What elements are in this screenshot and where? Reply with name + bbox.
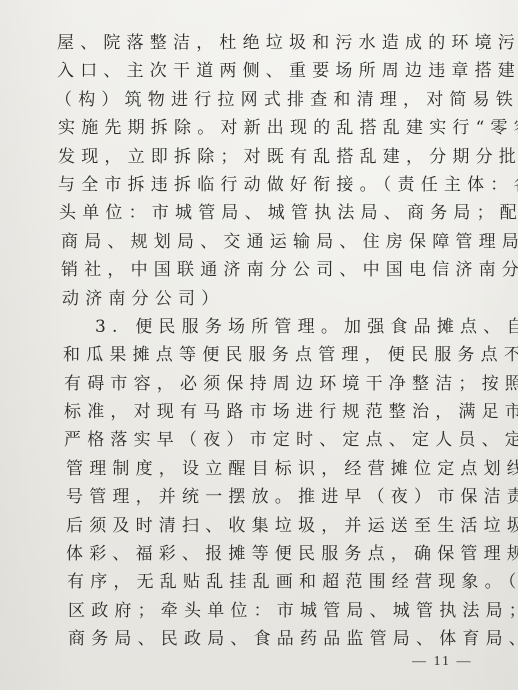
line-text: 发现，立即拆除；对既有乱搭乱建，分期分批限期拆除，并 <box>58 147 518 167</box>
text-line-22: 商务局、民政局、食品药品监管局、体育局、公安局，济南 <box>0 625 518 653</box>
page-number: — 11 — <box>412 654 472 670</box>
line-text: 管理制度，设立醒目标识，经营摊位定点划线，实行统一编 <box>66 459 518 479</box>
line-text: 体彩、福彩、报摊等便民服务点，确保管理规范、摊位整洁 <box>66 544 518 564</box>
line-text: 有碍市容，必须保持周边环境干净整洁；按照临时便民市场 <box>64 374 518 394</box>
line-text: 商务局、民政局、食品药品监管局、体育局、公安局，济南 <box>68 629 518 649</box>
text-line-9: 销社，中国联通济南分公司、中国电信济南分公司、中国移 <box>0 256 518 284</box>
text-line-6: 与全市拆违拆临行动做好衔接。（责任主体：各区政府；牵 <box>0 171 518 199</box>
text-line-16: 管理制度，设立醒目标识，经营摊位定点划线，实行统一编 <box>0 455 518 483</box>
text-line-10: 动济南分公司） <box>0 285 518 313</box>
line-text: 动济南分公司） <box>62 289 224 309</box>
line-text: 实施先期拆除。对新出现的乱搭乱建实行“零容忍”，一经 <box>58 118 518 138</box>
text-line-20: 有序，无乱贴乱挂乱画和超范围经营现象。（责任主体：各 <box>0 568 518 596</box>
text-line-15: 严格落实早（夜）市定时、定点、定人员、定管理、定保洁 <box>0 426 518 454</box>
text-line-1: 屋、院落整洁，杜绝垃圾和污水造成的环境污染。对城市出 <box>0 29 518 57</box>
line-text: 严格落实早（夜）市定时、定点、定人员、定管理、定保洁 <box>64 430 518 450</box>
line-text: 后须及时清扫、收集垃圾，并运送至生活垃圾转运站。整治 <box>66 516 518 536</box>
body-text: 屋、院落整洁，杜绝垃圾和污水造成的环境污染。对城市出 入口、主次干道两侧、重要场… <box>0 29 518 654</box>
text-line-21: 区政府；牵头单位：市城管局、城管执法局；配合单位：市 <box>0 597 518 625</box>
line-text: 入口、主次干道两侧、重要场所周边违章搭建的各类建 <box>57 61 518 81</box>
line-text: （构）筑物进行拉网式排查和清理，对简易铁皮屋、彩板房 <box>55 90 518 110</box>
text-line-8: 商局、规划局、交通运输局、住房保障管理局、公安局、供 <box>0 228 518 256</box>
line-text: 3. 便民服务场所管理。加强食品摊点、自行车修理点 <box>95 317 518 337</box>
text-line-5: 发现，立即拆除；对既有乱搭乱建，分期分批限期拆除，并 <box>0 143 518 171</box>
text-line-12: 和瓜果摊点等便民服务点管理，便民服务点不得影响交通， <box>0 341 518 369</box>
line-text: 号管理，并统一摆放。推进早（夜）市保洁责任落实，闭市 <box>66 487 518 507</box>
text-line-14: 标准，对现有马路市场进行规范整治，满足市民生活需求； <box>0 398 518 426</box>
text-line-7: 头单位：市城管局、城管执法局、商务局；配合单位：市工 <box>0 199 518 227</box>
document-page: 屋、院落整洁，杜绝垃圾和污水造成的环境污染。对城市出 入口、主次干道两侧、重要场… <box>0 0 518 690</box>
line-text: 屋、院落整洁，杜绝垃圾和污水造成的环境污染。对城市出 <box>57 33 518 53</box>
text-line-18: 后须及时清扫、收集垃圾，并运送至生活垃圾转运站。整治 <box>0 512 518 540</box>
line-text: 区政府；牵头单位：市城管局、城管执法局；配合单位：市 <box>68 601 518 621</box>
text-line-17: 号管理，并统一摆放。推进早（夜）市保洁责任落实，闭市 <box>0 483 518 511</box>
section-heading-line: 3. 便民服务场所管理。加强食品摊点、自行车修理点 <box>0 313 518 341</box>
line-text: 销社，中国联通济南分公司、中国电信济南分公司、中国移 <box>61 260 518 280</box>
text-line-2: 入口、主次干道两侧、重要场所周边违章搭建的各类建 <box>0 57 518 85</box>
line-text: 头单位：市城管局、城管执法局、商务局；配合单位：市工 <box>59 203 518 223</box>
line-text: 标准，对现有马路市场进行规范整治，满足市民生活需求； <box>64 402 518 422</box>
text-line-3: （构）筑物进行拉网式排查和清理，对简易铁皮屋、彩板房 <box>0 86 518 114</box>
text-line-13: 有碍市容，必须保持周边环境干净整洁；按照临时便民市场 <box>0 370 518 398</box>
line-text: 与全市拆违拆临行动做好衔接。（责任主体：各区政府；牵 <box>58 175 518 195</box>
text-line-19: 体彩、福彩、报摊等便民服务点，确保管理规范、摊位整洁 <box>0 540 518 568</box>
line-text: 商局、规划局、交通运输局、住房保障管理局、公安局、供 <box>61 232 518 252</box>
text-line-4: 实施先期拆除。对新出现的乱搭乱建实行“零容忍”，一经 <box>0 114 518 142</box>
line-text: 和瓜果摊点等便民服务点管理，便民服务点不得影响交通， <box>63 345 518 365</box>
line-text: 有序，无乱贴乱挂乱画和超范围经营现象。（责任主体：各 <box>67 572 518 592</box>
